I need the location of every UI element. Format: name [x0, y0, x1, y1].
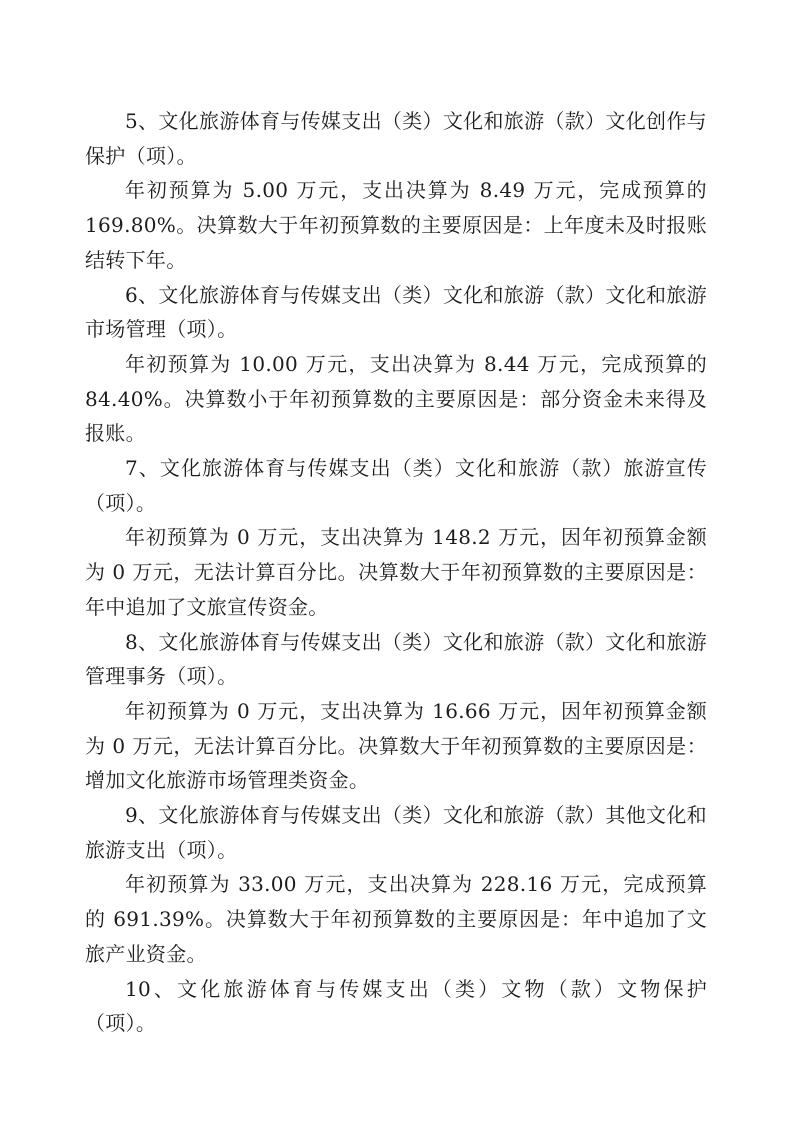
paragraph-item6-heading: 6、文化旅游体育与传媒支出（类）文化和旅游（款）文化和旅游市场管理（项）。 [85, 278, 707, 347]
paragraph-item8-heading: 8、文化旅游体育与传媒支出（类）文化和旅游（款）文化和旅游管理事务（项）。 [85, 625, 707, 694]
paragraph-item9-heading: 9、文化旅游体育与传媒支出（类）文化和旅游（款）其他文化和旅游支出（项）。 [85, 798, 707, 867]
paragraph-item5-detail: 年初预算为 5.00 万元，支出决算为 8.49 万元，完成预算的 169.80… [85, 173, 707, 277]
document-text-block: 5、文化旅游体育与传媒支出（类）文化和旅游（款）文化创作与保护（项）。 年初预算… [85, 104, 707, 1041]
paragraph-item10-heading: 10、文化旅游体育与传媒支出（类）文物（款）文物保护（项）。 [85, 972, 707, 1041]
paragraph-item8-detail: 年初预算为 0 万元，支出决算为 16.66 万元，因年初预算金额为 0 万元，… [85, 694, 707, 798]
paragraph-item5-heading: 5、文化旅游体育与传媒支出（类）文化和旅游（款）文化创作与保护（项）。 [85, 104, 707, 173]
paragraph-item9-detail: 年初预算为 33.00 万元，支出决算为 228.16 万元，完成预算的 691… [85, 867, 707, 971]
paragraph-item7-detail: 年初预算为 0 万元，支出决算为 148.2 万元，因年初预算金额为 0 万元，… [85, 520, 707, 624]
document-page: 5、文化旅游体育与传媒支出（类）文化和旅游（款）文化创作与保护（项）。 年初预算… [0, 0, 793, 1122]
paragraph-item7-heading: 7、文化旅游体育与传媒支出（类）文化和旅游（款）旅游宣传（项）。 [85, 451, 707, 520]
paragraph-item6-detail: 年初预算为 10.00 万元，支出决算为 8.44 万元，完成预算的 84.40… [85, 347, 707, 451]
